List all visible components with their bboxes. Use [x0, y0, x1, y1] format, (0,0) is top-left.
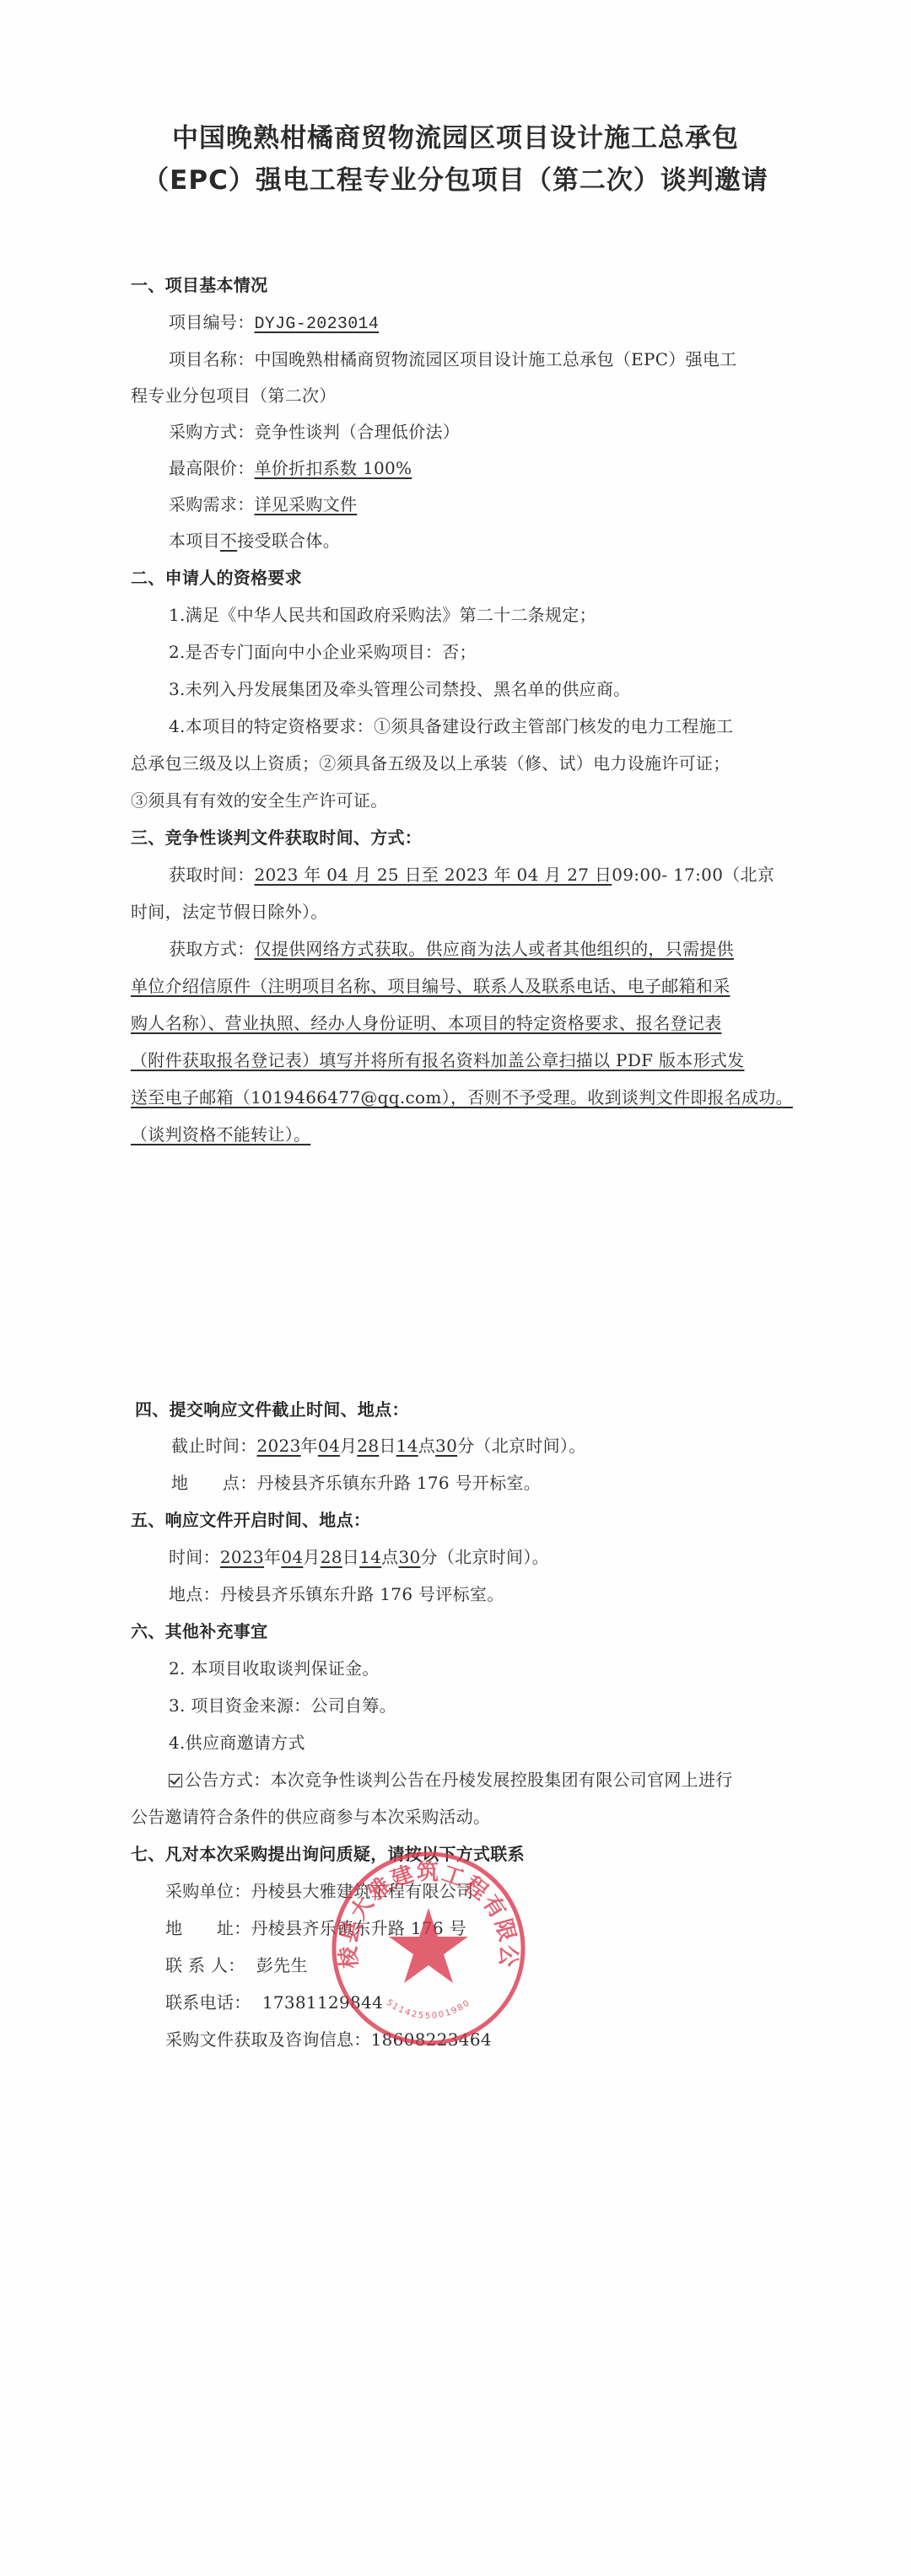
acquisition-time-row: 获取时间：2023 年 04 月 25 日至 2023 年 04 月 27 日0…: [169, 863, 774, 887]
deadline-hour: 14: [396, 1436, 418, 1456]
acquisition-time-label: 获取时间：: [169, 865, 255, 885]
notice-method-line2: 公告邀请符合条件的供应商参与本次采购活动。: [131, 1805, 490, 1829]
deadline-row: 截止时间：2023年04月28日14点30分（北京时间）。: [171, 1434, 586, 1458]
contact-person-value: 彭先生: [256, 1955, 308, 1975]
unit-day: 日: [342, 1547, 359, 1567]
acquisition-method-row: 获取方式：仅提供网络方式获取。供应商为法人或者其他组织的，只需提供: [169, 937, 734, 961]
unit-minute: 分: [421, 1547, 438, 1567]
opening-month: 04: [281, 1547, 303, 1567]
max-price-label: 最高限价：: [169, 458, 255, 478]
contact-phone-row: 联系电话： 17381129844: [165, 1991, 383, 2014]
document-page: 中国晚熟柑橘商贸物流园区项目设计施工总承包 （EPC）强电工程专业分包项目（第二…: [0, 0, 911, 2576]
section7-heading: 七、凡对本次采购提出询问质疑，请按以下方式联系: [131, 1842, 525, 1866]
qualification-item-1: 1.满足《中华人民共和国政府采购法》第二十二条规定；: [169, 603, 596, 627]
procurement-demand-value: 详见采购文件: [255, 494, 358, 515]
acquisition-method-line4: （附件获取报名登记表）填写并将所有报名资料加盖公章扫描以 PDF 版本形式发: [131, 1048, 744, 1072]
unit-hour: 点: [418, 1436, 435, 1456]
opening-minute: 30: [398, 1547, 420, 1567]
submission-location-label: 地 点：: [171, 1473, 257, 1493]
acquisition-method-line3: 购人名称）、营业执照、经办人身份证明、本项目的特定资格要求、报名登记表: [131, 1011, 722, 1035]
acquisition-time-line2: 时间，法定节假日除外）。: [131, 900, 328, 924]
supplement-item-3: 3. 项目资金来源：公司自筹。: [169, 1694, 396, 1717]
deadline-timezone: （北京时间）。: [474, 1436, 585, 1456]
deadline-year: 2023: [257, 1436, 301, 1456]
address-row: 地 址：丹棱县齐乐镇东升路 176 号: [165, 1916, 466, 1940]
opening-hour: 14: [359, 1547, 381, 1567]
address-label: 地 址：: [165, 1918, 251, 1938]
submission-location-value: 丹棱县齐乐镇东升路 176 号开标室。: [257, 1473, 542, 1493]
deadline-label: 截止时间：: [171, 1436, 257, 1456]
contact-person-row: 联 系 人： 彭先生: [165, 1954, 308, 1977]
opening-location-row: 地点：丹棱县齐乐镇东升路 176 号评标室。: [169, 1582, 504, 1606]
max-price-value: 单价折扣系数 100%: [255, 458, 412, 478]
deadline-day: 28: [357, 1436, 379, 1456]
section6-heading: 六、其他补充事宜: [131, 1619, 267, 1643]
unit-month: 月: [340, 1436, 357, 1456]
procurement-demand-row: 采购需求：详见采购文件: [169, 493, 357, 516]
unit-year: 年: [301, 1436, 318, 1456]
acquisition-time-dates: 2023 年 04 月 25 日至 2023 年 04 月 27 日: [255, 865, 612, 885]
project-name-value-part2: 程专业分包项目（第二次）: [131, 384, 337, 407]
opening-year: 2023: [220, 1547, 264, 1567]
procurement-unit-value: 丹棱县大雅建筑工程有限公司: [251, 1881, 474, 1901]
section1-heading: 一、项目基本情况: [131, 273, 267, 297]
notice-method-text: 公告方式：本次竞争性谈判公告在丹棱发展控股集团有限公司官网上进行: [185, 1770, 733, 1790]
acquisition-time-hours: 09:00- 17:00（北京: [612, 865, 774, 885]
qualification-item-4-line3: ③须具有有效的安全生产许可证。: [131, 789, 388, 812]
section4-heading: 四、提交响应文件截止时间、地点：: [135, 1398, 409, 1421]
section2-heading: 二、申请人的资格要求: [131, 566, 302, 590]
qualification-item-3: 3.未列入丹发展集团及牵头管理公司禁投、黑名单的供应商。: [169, 677, 630, 701]
consortium-post: 接受联合体。: [237, 531, 340, 551]
supplement-item-4: 4.供应商邀请方式: [169, 1731, 305, 1754]
address-value: 丹棱县齐乐镇东升路 176 号: [251, 1918, 466, 1938]
acquisition-method-label: 获取方式：: [169, 939, 255, 959]
opening-timezone: （北京时间）。: [438, 1547, 549, 1567]
project-number-row: 项目编号：DYJG-2023014: [169, 310, 379, 337]
unit-month: 月: [303, 1547, 320, 1567]
opening-day: 28: [321, 1547, 342, 1567]
unit-year: 年: [264, 1547, 281, 1567]
seal-code: 5114255001980: [385, 1998, 472, 2021]
procurement-unit-row: 采购单位：丹棱县大雅建筑工程有限公司: [165, 1879, 473, 1903]
consortium-statement: 本项目不接受联合体。: [169, 529, 340, 552]
document-title-line1: 中国晚熟柑橘商贸物流园区项目设计施工总承包: [84, 120, 827, 157]
unit-hour: 点: [381, 1547, 398, 1567]
qualification-item-2: 2.是否专门面向中小企业采购项目：否；: [169, 640, 477, 664]
qualification-item-4-line2: 总承包三级及以上资质；②须具备五级及以上承装（修、试）电力设施许可证；: [131, 752, 730, 775]
project-name-label: 项目名称：: [169, 349, 255, 369]
acquisition-method-line6: （谈判资格不能转让）。: [131, 1123, 310, 1146]
unit-minute: 分: [457, 1436, 474, 1456]
section5-heading: 五、响应文件开启时间、地点：: [131, 1508, 370, 1532]
opening-time-label: 时间：: [169, 1547, 220, 1567]
document-title-line2: （EPC）强电工程专业分包项目（第二次）谈判邀请: [84, 162, 827, 199]
project-name-value-part1: 中国晚熟柑橘商贸物流园区项目设计施工总承包（EPC）强电工: [255, 349, 737, 369]
project-number-label: 项目编号：: [169, 312, 255, 332]
inquiry-info-label: 采购文件获取及咨询信息：: [165, 2029, 371, 2050]
checked-box-icon: [169, 1774, 182, 1787]
notice-method-line1: 公告方式：本次竞争性谈判公告在丹棱发展控股集团有限公司官网上进行: [169, 1768, 733, 1792]
inquiry-info-row: 采购文件获取及咨询信息：18608223464: [165, 2028, 492, 2051]
opening-location-label: 地点：: [169, 1584, 220, 1604]
consortium-not: 不: [220, 531, 237, 551]
contact-phone-value: 17381129844: [262, 1992, 383, 2013]
deadline-minute: 30: [435, 1436, 457, 1456]
project-name-row: 项目名称：中国晚熟柑橘商贸物流园区项目设计施工总承包（EPC）强电工: [169, 348, 737, 371]
company-seal-stamp-icon: 丹棱县大雅建筑工程有限公司 5114255001980: [327, 1847, 530, 2050]
procurement-demand-label: 采购需求：: [169, 494, 255, 515]
opening-time-row: 时间：2023年04月28日14点30分（北京时间）。: [169, 1545, 549, 1569]
contact-phone-label: 联系电话：: [165, 1992, 251, 2013]
procurement-unit-label: 采购单位：: [165, 1881, 251, 1901]
acquisition-method-line1: 仅提供网络方式获取。供应商为法人或者其他组织的，只需提供: [255, 939, 734, 959]
acquisition-method-line5-email: 送至电子邮箱（1019466477@qq.com），否则不予受理。收到谈判文件即…: [131, 1086, 793, 1109]
project-number-value: DYJG-2023014: [255, 315, 380, 334]
section3-heading: 三、竞争性谈判文件获取时间、方式：: [131, 826, 422, 849]
procurement-method-row: 采购方式：竞争性谈判（合理低价法）: [169, 420, 460, 444]
procurement-method-label: 采购方式：: [169, 422, 255, 442]
deadline-month: 04: [318, 1436, 340, 1456]
consortium-pre: 本项目: [169, 531, 220, 551]
inquiry-info-phone: 18608223464: [371, 2029, 492, 2050]
qualification-item-4-line1: 4.本项目的特定资格要求：①须具备建设行政主管部门核发的电力工程施工: [169, 714, 733, 738]
svg-text:5114255001980: 5114255001980: [385, 1998, 472, 2021]
acquisition-method-line2: 单位介绍信原件（注明项目名称、项目编号、联系人及联系电话、电子邮箱和采: [131, 974, 730, 998]
supplement-item-2: 2. 本项目收取谈判保证金。: [169, 1657, 380, 1680]
unit-day: 日: [379, 1436, 396, 1456]
procurement-method-value: 竞争性谈判（合理低价法）: [255, 422, 461, 442]
contact-person-label: 联 系 人：: [165, 1955, 245, 1975]
submission-location-row: 地 点：丹棱县齐乐镇东升路 176 号开标室。: [171, 1471, 541, 1495]
opening-location-value: 丹棱县齐乐镇东升路 176 号评标室。: [220, 1584, 504, 1604]
max-price-row: 最高限价：单价折扣系数 100%: [169, 456, 412, 480]
